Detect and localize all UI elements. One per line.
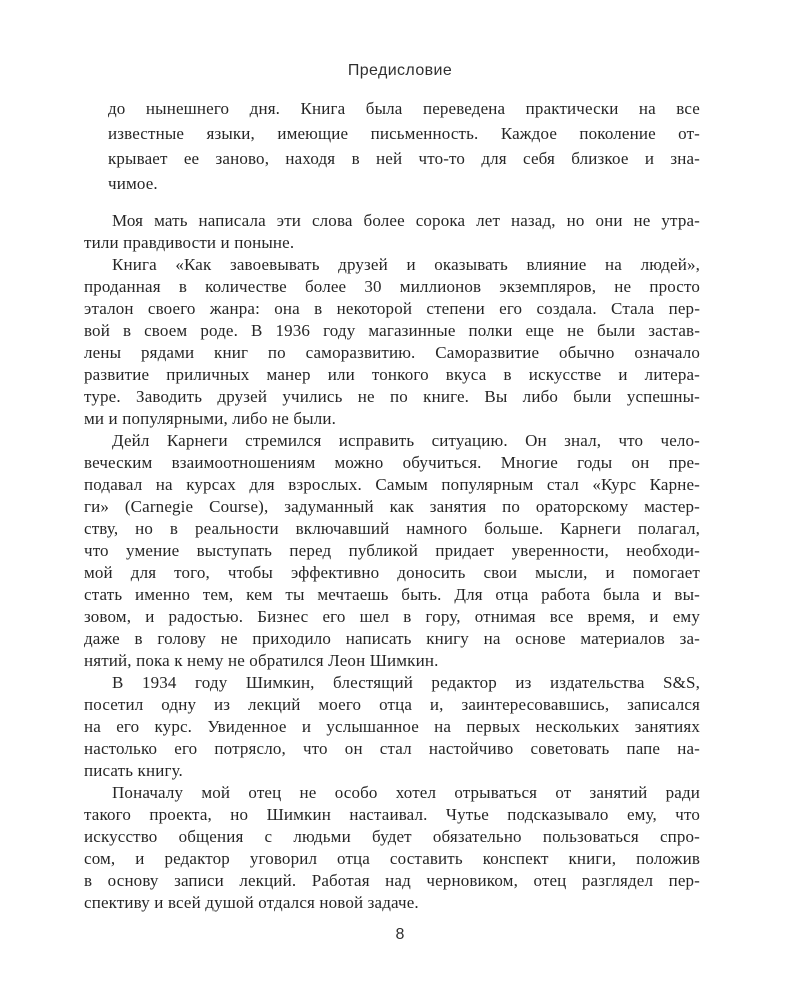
text-line: искусство общения с людьми будет обязате… (84, 826, 700, 848)
text-line: вой в своем роде. В 1936 году магазинные… (84, 320, 700, 342)
page-number: 8 (0, 926, 800, 944)
text-line: стать именно тем, кем ты мечтаешь быть. … (84, 584, 700, 606)
text-line: даже в голову не приходило написать книг… (84, 628, 700, 650)
text-line: веческим взаимоотношениям можно обучитьс… (84, 452, 700, 474)
text-line: сом, и редактор уговорил отца составить … (84, 848, 700, 870)
text-line: чимое. (108, 171, 700, 196)
quote-paragraph: до нынешнего дня. Книга была переведена … (108, 96, 700, 196)
text-line: В 1934 году Шимкин, блестящий редактор и… (84, 672, 700, 694)
text-line: настолько его потрясло, что он стал наст… (84, 738, 700, 760)
text-line: лены рядами книг по саморазвитию. Самора… (84, 342, 700, 364)
text-line: Поначалу мой отец не особо хотел отрыват… (84, 782, 700, 804)
paragraph: Дейл Карнеги стремился исправить ситуаци… (84, 430, 700, 672)
text-line: эталон своего жанра: она в некоторой сте… (84, 298, 700, 320)
text-line: такого проекта, но Шимкин настаивал. Чут… (84, 804, 700, 826)
text-line: развитие приличных манер или тонкого вку… (84, 364, 700, 386)
text-line: что умение выступать перед публикой прид… (84, 540, 700, 562)
paragraph: Поначалу мой отец не особо хотел отрыват… (84, 782, 700, 914)
text-line: известные языки, имеющие письменность. К… (108, 121, 700, 146)
text-line: ги» (Carnegie Course), задуманный как за… (84, 496, 700, 518)
text-line: в основу записи лекций. Работая над черн… (84, 870, 700, 892)
paragraph: Книга «Как завоевывать друзей и оказыват… (84, 254, 700, 430)
page-heading: Предисловие (0, 62, 800, 80)
text-line: Книга «Как завоевывать друзей и оказыват… (84, 254, 700, 276)
text-line: ству, но в реальности включавший намного… (84, 518, 700, 540)
text-line: на его курс. Увиденное и услышанное на п… (84, 716, 700, 738)
paragraph: Моя мать написала эти слова более сорока… (84, 210, 700, 254)
text-line: посетил одну из лекций моего отца и, заи… (84, 694, 700, 716)
text-line: ми и популярными, либо не были. (84, 408, 700, 430)
paragraph: В 1934 году Шимкин, блестящий редактор и… (84, 672, 700, 782)
text-line: до нынешнего дня. Книга была переведена … (108, 96, 700, 121)
text-line: спективу и всей душой отдался новой зада… (84, 892, 700, 914)
text-line: тили правдивости и поныне. (84, 232, 700, 254)
text-line: зовом, и радостью. Бизнес его шел в гору… (84, 606, 700, 628)
text-line: крывает ее заново, находя в ней что-то д… (108, 146, 700, 171)
text-line: нятий, пока к нему не обратился Леон Шим… (84, 650, 700, 672)
text-line: подавал на курсах для взрослых. Самым по… (84, 474, 700, 496)
text-line: писать книгу. (84, 760, 700, 782)
text-line: туре. Заводить друзей учились не по книг… (84, 386, 700, 408)
text-line: мой для того, чтобы эффективно доносить … (84, 562, 700, 584)
text-block: до нынешнего дня. Книга была переведена … (84, 96, 700, 914)
text-line: проданная в количестве более 30 миллионо… (84, 276, 700, 298)
book-page: Предисловие до нынешнего дня. Книга была… (0, 0, 800, 1000)
text-line: Дейл Карнеги стремился исправить ситуаци… (84, 430, 700, 452)
text-line: Моя мать написала эти слова более сорока… (84, 210, 700, 232)
